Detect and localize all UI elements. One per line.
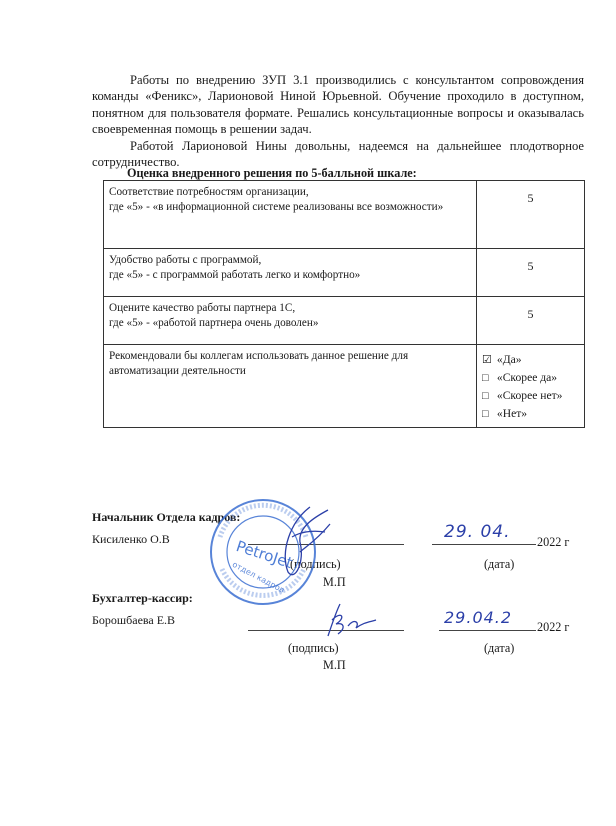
question-title: Удобство работы с программой, [109,253,471,268]
option-label: «Да» [497,353,522,366]
signer1-date-caption: (дата) [484,557,514,572]
question-title: Соответствие потребностям организации, [109,185,471,200]
signer2-year: 2022 г [537,620,569,635]
option-label: «Скорее да» [497,371,557,384]
table-row: Соответствие потребностям организации, г… [104,181,585,249]
paragraph-consulting-text: Работы по внедрению ЗУП 3.1 производилис… [92,73,584,136]
checkbox-empty-icon[interactable]: □ [482,369,494,387]
question-cell: Удобство работы с программой, где «5» - … [104,249,477,297]
score-cell: 5 [477,249,585,297]
evaluation-table: Соответствие потребностям организации, г… [103,180,585,428]
option-yes[interactable]: ☑ «Да» [482,351,579,369]
signer2-date-caption: (дата) [484,641,514,656]
paragraph-consulting: Работы по внедрению ЗУП 3.1 производилис… [92,72,584,138]
signer2-name: Борошбаева Е.В [92,613,175,628]
signer1-year: 2022 г [537,535,569,550]
table-row: Удобство работы с программой, где «5» - … [104,249,585,297]
question-cell: Оцените качество работы партнера 1С, где… [104,297,477,345]
question-title: Оцените качество работы партнера 1С, [109,301,471,316]
question-cell: Соответствие потребностям организации, г… [104,181,477,249]
option-no[interactable]: □ «Нет» [482,405,579,423]
question-description: где «5» - с программой работать легко и … [109,268,471,283]
evaluation-title: Оценка внедренного решения по 5-балльной… [127,166,417,181]
signer2-position: Бухгалтер-кассир: [92,591,193,606]
option-rather-no[interactable]: □ «Скорее нет» [482,387,579,405]
signer2-signature-caption: (подпись) [288,641,339,656]
question-description: где «5» - «работой партнера очень доволе… [109,316,471,331]
signer2-date-line [439,630,536,631]
score-cell: 5 [477,181,585,249]
score-cell: 5 [477,297,585,345]
table-row: Оцените качество работы партнера 1С, где… [104,297,585,345]
option-rather-yes[interactable]: □ «Скорее да» [482,369,579,387]
option-label: «Скорее нет» [497,389,563,402]
signer1-date-line [432,544,536,545]
signer1-handwritten-date: 29. 04. [444,522,510,542]
checkbox-empty-icon[interactable]: □ [482,405,494,423]
signer2-handwritten-date: 29.04.2 [444,608,512,627]
question-cell: Рекомендовали бы коллегам использовать д… [104,345,477,428]
checkbox-checked-icon[interactable]: ☑ [482,351,494,369]
option-label: «Нет» [497,407,527,420]
checkbox-empty-icon[interactable]: □ [482,387,494,405]
table-row: Рекомендовали бы коллегам использовать д… [104,345,585,428]
signature-scribble-2 [318,600,378,640]
signer1-name: Кисиленко О.В [92,532,170,547]
recommend-options-cell: ☑ «Да» □ «Скорее да» □ «Скорее нет» □ «Н… [477,345,585,428]
question-description: где «5» - «в информационной системе реал… [109,200,471,215]
signer2-seal-caption: М.П [323,658,346,673]
recommend-question: Рекомендовали бы коллегам использовать д… [109,349,471,379]
paragraph-satisfaction-text: Работой Ларионовой Нины довольны, надеем… [92,139,584,169]
signature-scribble-1 [270,502,340,582]
